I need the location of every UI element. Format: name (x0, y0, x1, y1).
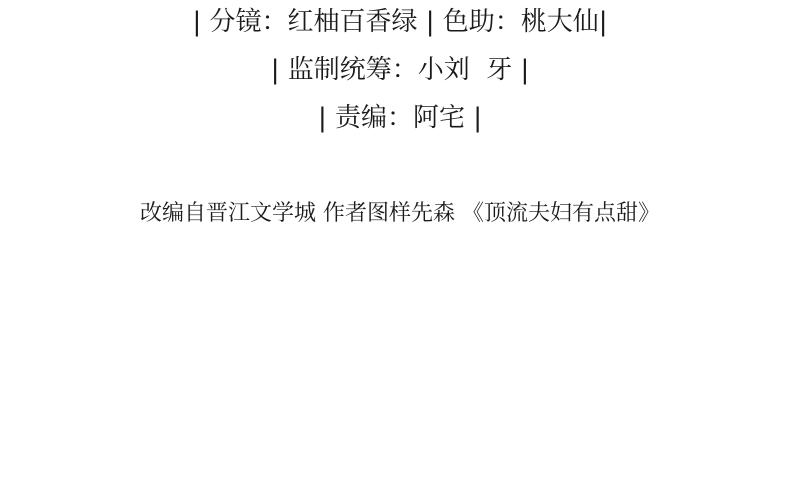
adaptation-source-text: 改编自晋江文学城 作者图样先森 《顶流夫妇有点甜》 (0, 196, 800, 232)
credit-line-supervisor: | 监制统筹：小刘 牙 | (0, 50, 800, 90)
credit-line-editor: | 责编：阿宅 | (0, 98, 800, 138)
credit-line-storyboard-color-assist: | 分镜：红柚百香绿 | 色助：桃大仙| (0, 2, 800, 42)
